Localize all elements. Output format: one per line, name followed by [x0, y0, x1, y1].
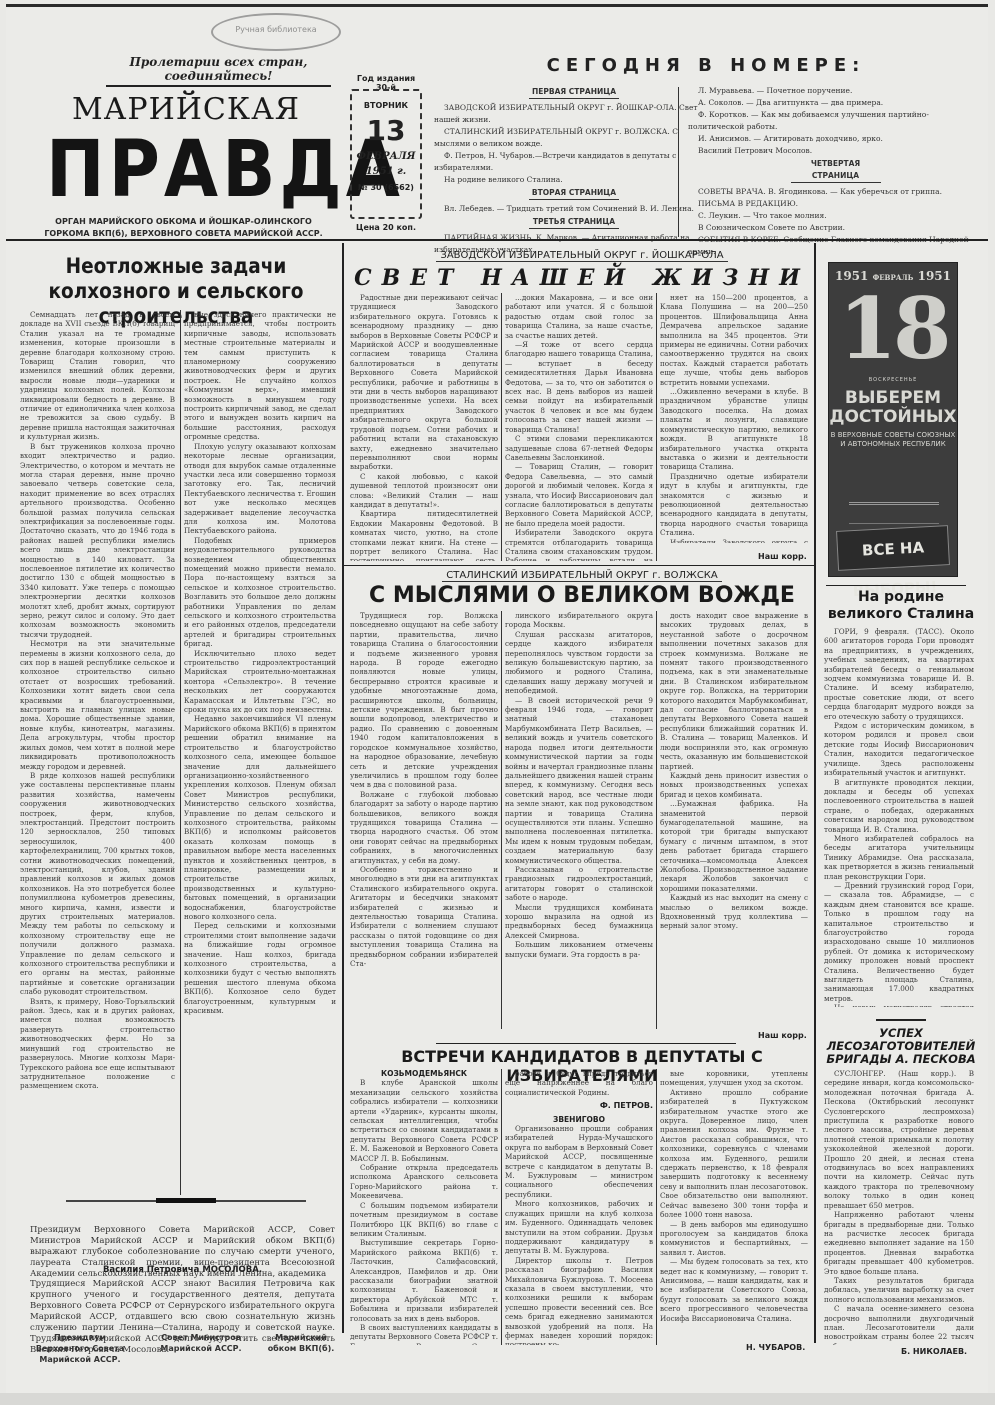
article-rule — [826, 585, 966, 586]
article2-paragraph: ...Бумажная фабрика. На знаменитой перво… — [660, 799, 808, 893]
meetings-paragraph: Много колхозников, рабочих и служащих пр… — [505, 1199, 653, 1255]
meetings-paragraph: вые коровники, утеплены помещения, улучш… — [660, 1069, 808, 1088]
gori-paragraph: Рядом с историческим домиком, в котором … — [824, 721, 974, 777]
signature-nikolaev: Б. НИКОЛАЕВ. — [901, 1347, 967, 1356]
meetings-column-2: работе и будут впредь трудиться еще напр… — [505, 1069, 653, 1345]
article1-paragraph: —Я тоже от всего сердца благодарю нашего… — [505, 340, 653, 434]
gori-headline: На родине великого Сталина — [821, 589, 981, 623]
article-rule — [344, 565, 814, 566]
contents-entry: С. Леукин. — Что такое молния. — [688, 210, 983, 222]
editorial-column-1: Семнадцать лет назад в своем докладе на … — [20, 310, 175, 1195]
article1-paragraph: С этими словами перекликаются задушевные… — [505, 434, 653, 462]
article1-column-2: ...докия Макаровна, — и все они работают… — [505, 293, 653, 561]
column-rule — [501, 1069, 502, 1345]
dateline-kozmodemyansk: КОЗЬМОДЕМЬЯНСК — [350, 1069, 498, 1078]
date-box: ВТОРНИК 13 ФЕВРАЛЯ 1951 г. № 30 (6562) — [350, 89, 422, 219]
meetings-paragraph: Выступившие секретарь Горно-Марийского р… — [350, 1238, 498, 1323]
contents-entry: ЗАВОДСКОЙ ИЗБИРАТЕЛЬНЫЙ ОКРУГ г. ЙОШКАР-… — [434, 102, 714, 126]
poster-big-number: 18 — [829, 283, 957, 375]
contents-entry: А. Соколов. — Два агитпункта — два приме… — [688, 97, 983, 109]
meetings-paragraph: С большим подъемом избиратели почетным п… — [350, 1201, 498, 1239]
editorial-paragraph: Плохую услугу оказывают колхозам некотор… — [184, 442, 336, 536]
editorial-paragraph: вые здесь ничего практически не предприн… — [184, 310, 336, 442]
poster-subtitle: В ВЕРХОВНЫЕ СОВЕТЫ СОЮЗНЫХ И АВТОНОМНЫХ … — [829, 431, 957, 449]
contents-entry: Л. Муравьева. — Почетное поручение. — [688, 85, 983, 97]
contents-section-heading: ВТОРАЯ СТРАНИЦА — [529, 187, 619, 200]
masthead-rule — [6, 239, 988, 241]
editorial-paragraph: Исключительно плохо ведет строительство … — [184, 649, 336, 715]
peskov-paragraph: С начала осенне-зимнего сезона досрочно … — [824, 1304, 974, 1345]
gori-paragraph: ГОРИ, 9 февраля. (ТАСС). Около 600 агита… — [824, 627, 974, 721]
page-edge — [0, 1393, 995, 1405]
contents-entry: СТАЛИНСКИЙ ИЗБИРАТЕЛЬНЫЙ ОКРУГ г. ВОЛЖСК… — [434, 126, 714, 150]
gori-article: ГОРИ, 9 февраля. (ТАСС). Около 600 агита… — [824, 627, 974, 1007]
article2-paragraph: Мысли трудящихся комбината хорошо вырази… — [505, 903, 653, 941]
article1-paragraph: няет на 150—200 процентов, а Клава Полуш… — [660, 293, 808, 387]
article2-signature: Наш корр. — [758, 1031, 807, 1040]
poster-slogan: ВЫБЕРЕМ ДОСТОЙНЫХ — [829, 389, 957, 427]
issue-number: № 30 (6562) — [352, 183, 420, 192]
meetings-paragraph: Директор школы т. Петров рассказал биогр… — [505, 1256, 653, 1345]
gori-paragraph: На новых магистралях строятся администра… — [824, 1003, 974, 1007]
meetings-column-1: КОЗЬМОДЕМЬЯНСК В клубе Аранской школы ме… — [350, 1069, 498, 1345]
peskov-article: СУСЛОНГЕР. (Наш корр.). В середине январ… — [824, 1069, 974, 1345]
editorial-paragraph: Взять, к примеру, Ново-Торъяльский район… — [20, 997, 175, 1091]
publisher-line: ОРГАН МАРИЙСКОГО ОБКОМА И ЙОШКАР-ОЛИНСКО… — [36, 216, 331, 240]
peskov-headline: УСПЕХ ЛЕСОЗАГОТОВИТЕЛЕЙ БРИГАДЫ А. ПЕСКО… — [821, 1027, 981, 1066]
newspaper-title-top: МАРИЙСКАЯ — [51, 92, 321, 127]
contents-entry: И. Анисимов. — Агитировать доходчиво, яр… — [688, 133, 983, 145]
gori-paragraph: Много избирателей собралось на беседы аг… — [824, 834, 974, 881]
obituary-signatory-1: Президиум Верховного Совета Марийской АС… — [30, 1332, 130, 1365]
contents-divider — [678, 87, 679, 237]
article2-paragraph: Каждый день приносит известия о новых пр… — [660, 771, 808, 799]
column-rule — [501, 611, 502, 1029]
meetings-paragraph: — Мы будем голосовать за тех, кто ведет … — [660, 1257, 808, 1323]
article1-paragraph: Празднично одетые избиратели идут в клуб… — [660, 472, 808, 538]
article2-paragraph: Особенно торжественно и многолюдно в эти… — [350, 865, 498, 968]
article2-paragraph: Волжане с глубокой любовью благодарят за… — [350, 790, 498, 865]
article1-paragraph: ...докия Макаровна, — и все они работают… — [505, 293, 653, 340]
contents-entry: Василий Петрович Мосолов. — [688, 145, 983, 157]
meetings-paragraph: Активно прошло собрание избирателей в Пу… — [660, 1088, 808, 1220]
election-poster: 1951 ФЕВРАЛЬ 1951 18 ВОСКРЕСЕНЬЕ ВЫБЕРЕМ… — [828, 262, 958, 577]
article1-paragraph: С какой любовью, с какой душевной теплот… — [350, 472, 498, 510]
column-rule — [656, 1069, 657, 1345]
article2-column-2: линского избирательного округа города Мо… — [505, 611, 653, 1029]
article1-paragraph: Избиратели Заводского округа с нетерпени… — [660, 538, 808, 543]
editorial-paragraph: Перед сельскими и колхозными строителями… — [184, 921, 336, 1015]
contents-title: СЕГОДНЯ В НОМЕРЕ: — [456, 55, 956, 76]
meetings-paragraph: Собрание открыла председатель исполкома … — [350, 1163, 498, 1201]
meetings-paragraph: Организованно прошли собрания избирателе… — [505, 1124, 653, 1199]
article2-paragraph: Трудящиеся гор. Волжска повседневно ощущ… — [350, 611, 498, 790]
month: ФЕВРАЛЯ — [352, 151, 420, 162]
library-stamp: Ручная библиотека — [211, 13, 341, 51]
contents-left-column: ПЕРВАЯ СТРАНИЦАЗАВОДСКОЙ ИЗБИРАТЕЛЬНЫЙ О… — [434, 85, 714, 256]
editorial-paragraph: В быт тружеников колхоза прочно входит э… — [20, 442, 175, 640]
obituary-signatory-3: Марийский обком ВКП(б). — [261, 1332, 341, 1354]
price: Цена 20 коп. — [350, 223, 422, 232]
slogan: Пролетарии всех стран, соединяйтесь! — [106, 55, 331, 87]
contents-entry: В Союзническом Совете по Австрии. — [688, 222, 983, 234]
article2-paragraph: Рассказывая о строительстве грандиозных … — [505, 865, 653, 903]
gori-paragraph: В агитпункте проводятся лекции, доклады … — [824, 778, 974, 834]
article-rule — [876, 1019, 926, 1021]
contents-entry: СОВЕТЫ ВРАЧА. В. Ягодинкова. — Как убере… — [688, 186, 983, 198]
article1-paragraph: Избиратели Заводского округа стремятся о… — [505, 528, 653, 561]
editorial-paragraph: В ряде колхозов нашей республики уже сос… — [20, 771, 175, 997]
year: 1951 г. — [352, 166, 420, 177]
meetings-column-3: вые коровники, утеплены помещения, улучш… — [660, 1069, 808, 1339]
editorial-paragraph: Несмотря на эти значительные перемены в … — [20, 639, 175, 771]
article1-paragraph: — Товарищ Сталин, — говорит Федора Савел… — [505, 462, 653, 528]
article2-kicker: СТАЛИНСКИЙ ИЗБИРАТЕЛЬНЫЙ ОКРУГ г. ВОЛЖСК… — [351, 570, 813, 581]
article1-column-1: Радостные дни переживают сейчас трудящие… — [350, 293, 498, 561]
peskov-paragraph: Таких результатов бригада добилась, увел… — [824, 1276, 974, 1304]
article2-paragraph: Большим ликованием отмечены выпуски бума… — [505, 940, 653, 959]
poster-banner: ВСЕ НА ВЫБОРЫ! — [836, 525, 950, 571]
article1-column-3: няет на 150—200 процентов, а Клава Полуш… — [660, 293, 808, 543]
editorial-paragraph: Подобных примеров неудовлетворительного … — [184, 536, 336, 649]
article2-headline: С МЫСЛЯМИ О ВЕЛИКОМ ВОЖДЕ — [351, 583, 813, 608]
newspaper-page: Ручная библиотека Пролетарии всех стран,… — [6, 4, 988, 1397]
meetings-paragraph: — В день выборов мы единодушно проголосу… — [660, 1220, 808, 1258]
article1-headline: СВЕТ НАШЕЙ ЖИЗНИ — [351, 265, 813, 291]
editorial-column-2: вые здесь ничего практически не предприн… — [184, 310, 336, 1195]
article2-paragraph: дость находит свое выражение в высоких т… — [660, 611, 808, 771]
signature-chubarov: Н. ЧУБАРОВ. — [746, 1343, 805, 1352]
section-rule-left — [342, 243, 344, 1333]
peskov-paragraph: СУСЛОНГЕР. (Наш корр.). В середине январ… — [824, 1069, 974, 1210]
day-number: 13 — [352, 114, 420, 147]
meetings-paragraph: В клубе Аранской школы механизации сельс… — [350, 1078, 498, 1163]
meetings-paragraph: В своих выступлениях кандидаты в депутат… — [350, 1323, 498, 1345]
article1-paragraph: ...Оживленно вечерами в клубе. В праздни… — [660, 387, 808, 472]
weekday: ВТОРНИК — [352, 101, 420, 110]
article1-paragraph: Квартира пятидесятилетней Евдокии Макаро… — [350, 509, 498, 561]
obituary-separator — [66, 1200, 306, 1202]
section-rule-right — [814, 243, 816, 1343]
contents-entry: На родине великого Сталина. — [434, 174, 714, 186]
article1-paragraph: Радостные дни переживают сейчас трудящие… — [350, 293, 498, 472]
meetings-col2-lead: работе и будут впредь трудиться еще напр… — [505, 1069, 653, 1097]
contents-section-heading: ТРЕТЬЯ СТРАНИЦА — [529, 216, 619, 229]
peskov-paragraph: Напряженно работают члены бригады в пред… — [824, 1210, 974, 1276]
contents-section-heading: ПЕРВАЯ СТРАНИЦА — [529, 86, 619, 99]
obituary-name: Василия Петровича МОСОЛОВА. — [30, 1265, 335, 1275]
contents-entry: Ф. Коротков. — Как мы добиваемся улучшен… — [688, 109, 983, 133]
poster-building-icon — [849, 502, 939, 524]
editorial-paragraph: Недавно закончившийся VI пленум Марийско… — [184, 714, 336, 921]
article2-paragraph: — В своей исторической речи 9 февраля 19… — [505, 696, 653, 865]
article2-column-3: дость находит свое выражение в высоких т… — [660, 611, 808, 1013]
article2-paragraph: Каждый из нас выходит на смену с мыслью … — [660, 893, 808, 931]
contents-entry: Вл. Лебедев. — Тридцать третий том Сочин… — [434, 203, 714, 215]
signature-petrov: Ф. ПЕТРОВ. — [505, 1101, 653, 1110]
article-rule — [436, 1043, 736, 1044]
contents-section-heading: ЧЕТВЕРТАЯ СТРАНИЦА — [791, 158, 881, 183]
contents-right-column: Л. Муравьева. — Почетное поручение.А. Со… — [688, 85, 983, 258]
article1-signature: Наш корр. — [758, 552, 807, 561]
article2-paragraph: Слушая рассказы агитаторов, сердце каждо… — [505, 630, 653, 696]
column-rule — [180, 310, 181, 1195]
dateline-zvenigovo: ЗВЕНИГОВО — [505, 1115, 653, 1124]
obituary-signatory-2: Совет Министров Марийской АССР. — [156, 1332, 246, 1354]
column-rule — [501, 293, 502, 561]
contents-entry: Ф. Петров, Н. Чубаров.—Встречи кандидато… — [434, 150, 714, 174]
article2-paragraph: линского избирательного округа города Мо… — [505, 611, 653, 630]
gori-paragraph: — Древний грузинский город Гори, — сказа… — [824, 881, 974, 1003]
newspaper-title-main: ПРАВДА — [46, 129, 326, 210]
column-rule — [656, 293, 657, 561]
column-rule — [656, 611, 657, 1029]
editorial-paragraph: Семнадцать лет назад в своем докладе на … — [20, 310, 175, 442]
contents-entry: ПИСЬМА В РЕДАКЦИЮ. — [688, 198, 983, 210]
article2-column-1: Трудящиеся гор. Волжска повседневно ощущ… — [350, 611, 498, 1029]
article1-kicker: ЗАВОДСКОЙ ИЗБИРАТЕЛЬНЫЙ ОКРУГ г. ЙОШКАР-… — [351, 250, 813, 261]
